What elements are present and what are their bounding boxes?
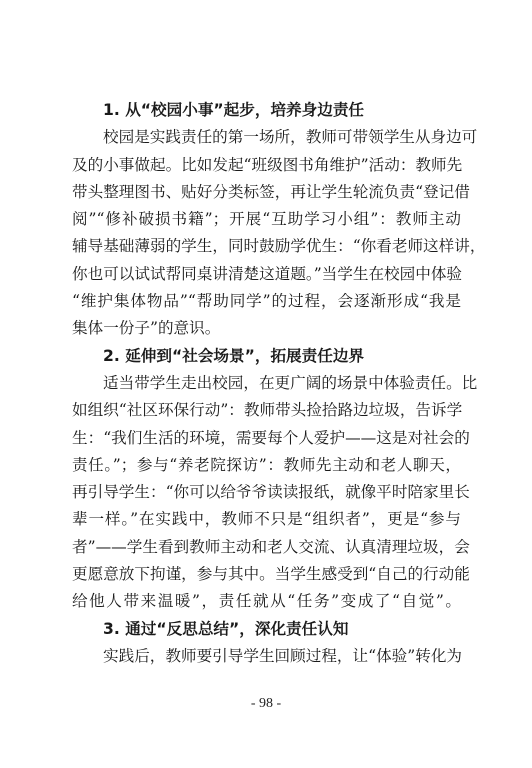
paragraph-line: 适当带学生走出校园，在更广阔的场景中体验责任。比 bbox=[72, 370, 461, 397]
paragraph-line: 再引导学生：“你可以给爷爷读读报纸，就像平时陪家里长 bbox=[72, 479, 461, 506]
document-page: 1. 从“校园小事”起步，培养身边责任 校园是实践责任的第一场所，教师可带领学生… bbox=[72, 97, 461, 670]
paragraph-line: 责任。”；参与“养老院探访”：教师先主动和老人聊天， bbox=[72, 452, 461, 479]
paragraph-line: 生：“我们生活的环境，需要每个人爱护——这是对社会的 bbox=[72, 425, 461, 452]
paragraph-line: 阅”“修补破损书籍”；开展“互助学习小组”：教师主动 bbox=[72, 206, 461, 233]
section-heading-3: 3. 通过“反思总结”，深化责任认知 bbox=[72, 616, 461, 643]
paragraph-line: 如组织“社区环保行动”：教师带头捡拾路边垃圾，告诉学 bbox=[72, 397, 461, 424]
paragraph-line: 带头整理图书、贴好分类标签，再让学生轮流负责“登记借 bbox=[72, 179, 461, 206]
paragraph-line: 实践后，教师要引导学生回顾过程，让“体验”转化为 bbox=[72, 643, 461, 670]
paragraph-line: 及的小事做起。比如发起“班级图书角维护”活动：教师先 bbox=[72, 152, 461, 179]
section-heading-2: 2. 延伸到“社会场景”，拓展责任边界 bbox=[72, 343, 461, 370]
paragraph-line: “维护集体物品”“帮助同学”的过程，会逐渐形成“我是 bbox=[72, 288, 461, 315]
paragraph-line: 更愿意放下拘谨，参与其中。当学生感受到“自己的行动能 bbox=[72, 561, 461, 588]
paragraph-line: 给他人带来温暖”，责任就从“任务”变成了“自觉”。 bbox=[72, 588, 461, 615]
paragraph-line: 你也可以试试帮同桌讲清楚这道题。”当学生在校园中体验 bbox=[72, 261, 461, 288]
section-heading-1: 1. 从“校园小事”起步，培养身边责任 bbox=[72, 97, 461, 124]
page-number: - 98 - bbox=[0, 696, 532, 712]
paragraph-line: 者”——学生看到教师主动和老人交流、认真清理垃圾，会 bbox=[72, 534, 461, 561]
paragraph-line: 集体一份子”的意识。 bbox=[72, 315, 461, 342]
paragraph-line: 辅导基础薄弱的学生，同时鼓励学优生：“你看老师这样讲， bbox=[72, 233, 461, 260]
paragraph-line: 辈一样。”在实践中，教师不只是“组织者”，更是“参与 bbox=[72, 506, 461, 533]
paragraph-line: 校园是实践责任的第一场所，教师可带领学生从身边可 bbox=[72, 124, 461, 151]
